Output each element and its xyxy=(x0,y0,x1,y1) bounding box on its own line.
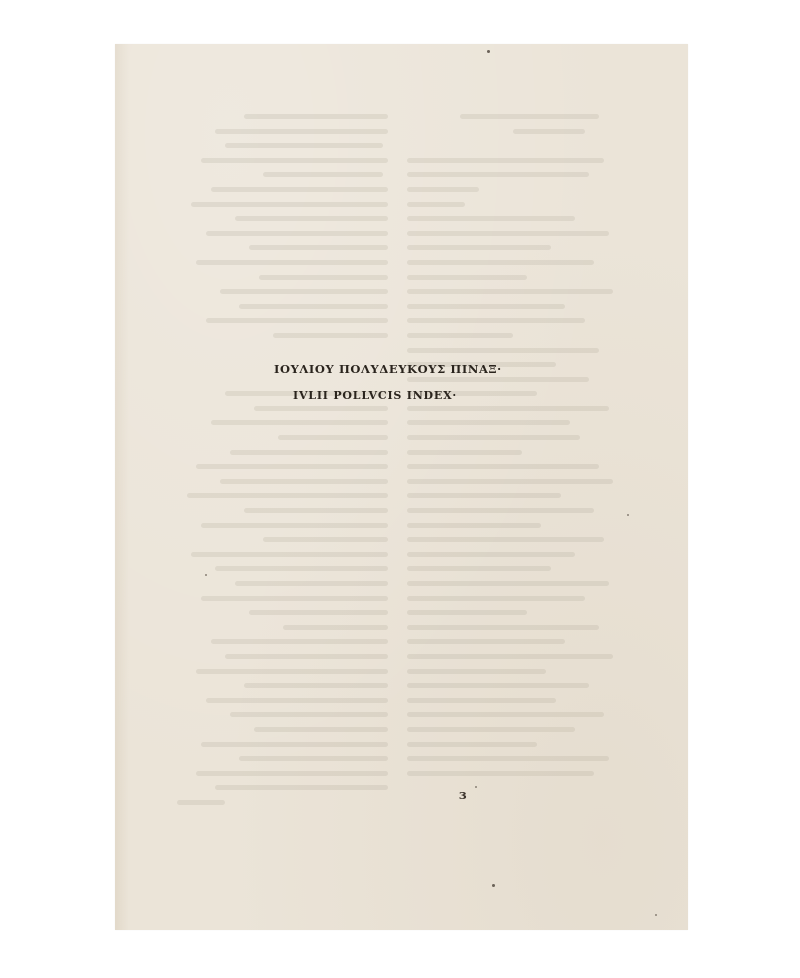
bleed-line xyxy=(407,172,589,177)
bleed-line xyxy=(278,435,388,440)
greek-title: ΙΟΥΛΙΟΥ ΠΟΛΥΔΕΥΚΟΥΣ ΠΙΝΑΞ· xyxy=(274,362,502,376)
bleed-line xyxy=(220,479,388,484)
bleed-line xyxy=(211,639,389,644)
bleed-line xyxy=(215,129,388,134)
bleed-line xyxy=(407,537,604,542)
bleed-line xyxy=(211,187,389,192)
latin-title: IVLII POLLVCIS INDEX· xyxy=(293,389,457,402)
show-through-left-column xyxy=(153,114,393,805)
bleed-line xyxy=(407,552,575,557)
bleed-line xyxy=(215,785,388,790)
bleed-line xyxy=(187,493,389,498)
bleed-line xyxy=(254,406,388,411)
bleed-line xyxy=(407,625,599,630)
bleed-line xyxy=(206,318,388,323)
bleed-line xyxy=(196,669,388,674)
bleed-line xyxy=(407,348,599,353)
bleed-line xyxy=(244,683,388,688)
bleed-line xyxy=(407,289,613,294)
ink-speck xyxy=(627,514,629,516)
bleed-line xyxy=(407,479,613,484)
bleed-line xyxy=(407,464,599,469)
ink-speck xyxy=(475,786,477,788)
bleed-line xyxy=(407,771,594,776)
bleed-line xyxy=(407,712,604,717)
bleed-line xyxy=(407,508,594,513)
bleed-line xyxy=(407,683,589,688)
bleed-line xyxy=(220,289,388,294)
bleed-line xyxy=(407,596,585,601)
bleed-line xyxy=(230,712,388,717)
canvas: ΙΟΥΛΙΟΥ ΠΟΛΥΔΕΥΚΟΥΣ ΠΙΝΑΞ· IVLII POLLVCI… xyxy=(0,0,800,978)
bleed-line xyxy=(263,172,383,177)
bleed-line xyxy=(230,450,388,455)
bleed-line xyxy=(407,581,609,586)
bleed-line xyxy=(177,800,225,805)
bleed-line xyxy=(244,114,388,119)
bleed-line xyxy=(225,143,383,148)
bleed-line xyxy=(239,304,388,309)
ink-speck xyxy=(492,884,495,887)
bleed-line xyxy=(407,654,613,659)
bleed-line xyxy=(407,260,594,265)
bleed-line xyxy=(407,669,546,674)
signature-mark: ɜ xyxy=(459,788,466,803)
bleed-line xyxy=(206,698,388,703)
ink-speck xyxy=(205,574,207,576)
bleed-line xyxy=(196,771,388,776)
book-page: ΙΟΥΛΙΟΥ ΠΟΛΥΔΕΥΚΟΥΣ ΠΙΝΑΞ· IVLII POLLVCI… xyxy=(115,44,688,930)
bleed-line xyxy=(407,216,575,221)
bleed-line xyxy=(259,275,389,280)
bleed-line xyxy=(407,742,537,747)
bleed-line xyxy=(407,450,522,455)
bleed-line xyxy=(191,202,388,207)
bleed-line xyxy=(273,333,388,338)
bleed-line xyxy=(407,275,527,280)
bleed-line xyxy=(225,654,388,659)
bleed-line xyxy=(201,596,388,601)
bleed-line xyxy=(407,756,609,761)
bleed-line xyxy=(196,464,388,469)
bleed-line xyxy=(407,231,609,236)
show-through-right-column xyxy=(407,114,647,776)
bleed-line xyxy=(215,566,388,571)
bleed-line xyxy=(206,231,388,236)
bleed-line xyxy=(407,158,604,163)
bleed-line xyxy=(196,260,388,265)
bleed-line xyxy=(244,508,388,513)
bleed-line xyxy=(263,537,388,542)
bleed-line xyxy=(407,318,585,323)
ink-speck xyxy=(655,914,657,916)
bleed-line xyxy=(407,406,609,411)
bleed-line xyxy=(201,742,388,747)
bleed-line xyxy=(407,698,556,703)
ink-speck xyxy=(487,50,490,53)
bleed-line xyxy=(407,493,561,498)
bleed-line xyxy=(191,552,388,557)
bleed-line xyxy=(235,216,389,221)
bleed-line xyxy=(407,420,570,425)
bleed-line xyxy=(407,566,551,571)
bleed-line xyxy=(211,420,389,425)
bleed-line xyxy=(407,727,575,732)
bleed-line xyxy=(407,639,565,644)
bleed-line xyxy=(407,435,580,440)
bleed-line xyxy=(283,625,389,630)
bleed-line xyxy=(407,523,541,528)
bleed-line xyxy=(407,202,465,207)
bleed-line xyxy=(201,158,388,163)
bleed-line xyxy=(239,756,388,761)
bleed-line xyxy=(407,304,565,309)
bleed-line xyxy=(407,187,479,192)
bleed-line xyxy=(407,377,589,382)
bleed-line xyxy=(407,333,513,338)
bleed-line xyxy=(249,610,388,615)
bleed-line xyxy=(235,581,389,586)
bleed-line xyxy=(254,727,388,732)
bleed-line xyxy=(407,610,527,615)
bleed-line xyxy=(460,114,599,119)
bleed-line xyxy=(201,523,388,528)
bleed-line xyxy=(249,245,388,250)
bleed-line xyxy=(513,129,585,134)
bleed-line xyxy=(407,245,551,250)
